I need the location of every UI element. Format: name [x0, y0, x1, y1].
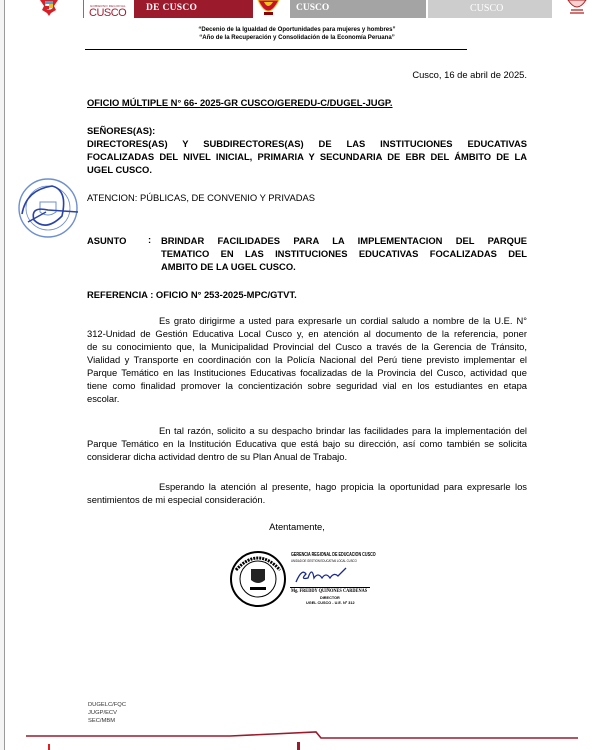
- paragraph-line: Vialidad y Transporte en coordinación co…: [87, 353, 527, 366]
- paragraph-line: En tal razón, solicito a su despacho bri…: [87, 424, 527, 437]
- footer-middle-marker: [297, 742, 300, 750]
- header-separator: [83, 0, 84, 18]
- gobierno-regional-logo: GOBIERNO REGIONAL CUSCO: [89, 0, 123, 20]
- header-gray-box-2-label: CUSCO: [470, 3, 503, 14]
- recipient-description: DIRECTORES(AS) Y SUBDIRECTORES(AS) DE LA…: [87, 137, 527, 176]
- subject-line: BRINDAR FACILIDADES PARA LA IMPLEMENTACI…: [161, 234, 527, 247]
- oficio-number: OFICIO MÚLTIPLE N° 66- 2025-GR CUSCO/GER…: [87, 96, 393, 109]
- signature-name: Mg. FREDDY QUIÑONES CARDENAS: [291, 588, 367, 594]
- header-gray-box-1-label: CUSCO: [296, 3, 329, 13]
- initials-2: JUGP/ECV: [88, 710, 117, 717]
- subject-line: AMBITO DE LA UGEL CUSCO.: [161, 260, 527, 273]
- recipient-line: DIRECTORES(AS) Y SUBDIRECTORES(AS) DE LA…: [87, 137, 527, 150]
- paragraph-line: escolar.: [87, 392, 527, 405]
- paragraph-line: Parque Temático en la Institución Educat…: [87, 437, 527, 450]
- paragraph-line: Es grato dirigirme a usted para expresar…: [87, 314, 527, 327]
- body-paragraph-1: Es grato dirigirme a usted para expresar…: [87, 314, 527, 405]
- initials-1: DUGELC/FQC: [88, 702, 126, 709]
- subject-text: BRINDAR FACILIDADES PARA LA IMPLEMENTACI…: [161, 234, 527, 273]
- reference-line: REFERENCIA : OFICIO N° 253-2025-MPC/GTVT…: [87, 288, 297, 301]
- signature-title: DIRECTOR: [320, 596, 340, 600]
- motto-decenio: “Decenio de la Igualdad de Oportunidades…: [24, 26, 570, 33]
- subject-label: ASUNTO: [87, 234, 126, 247]
- signature-block: GERENCIA REGIONAL DE EDUCACION CUSCO UNI…: [228, 550, 378, 608]
- logo-big-text: CUSCO: [89, 7, 126, 19]
- director-seal-icon: [228, 550, 288, 608]
- header-gray-box-2: CUSCO: [428, 0, 552, 18]
- ugel-emblem-icon: [566, 0, 588, 16]
- paragraph-line: Parque Temático en las Instituciones Edu…: [87, 366, 527, 379]
- recipient-line: FOCALIZADAS DEL NIVEL INICIAL, PRIMARIA …: [87, 150, 527, 163]
- recipient-heading: SEÑORES(AS):: [87, 124, 155, 137]
- closing: Atentamente,: [0, 520, 594, 533]
- geredu-emblem-icon: [255, 0, 282, 17]
- paragraph-line: 312-Unidad de Gestión Educativa Local Cu…: [87, 327, 527, 340]
- subject-colon: :: [148, 234, 151, 245]
- body-paragraph-3: Esperando la atención al presente, hago …: [87, 480, 527, 506]
- signature-unit: UNIDAD DE GESTION EDUCATIVA LOCAL CUSCO: [291, 559, 357, 563]
- paragraph-line: tiene como finalidad promover la concien…: [87, 379, 527, 392]
- body-paragraph-2: En tal razón, solicito a su despacho bri…: [87, 424, 527, 463]
- regional-seal-stamp-icon: [16, 176, 80, 240]
- paragraph-line: Esperando la atención al presente, hago …: [87, 480, 527, 493]
- signature-office: GERENCIA REGIONAL DE EDUCACION CUSCO: [291, 552, 376, 558]
- paragraph-line: sentimientos de mi especial consideració…: [87, 493, 527, 506]
- motto-ano: “Año de la Recuperación y Consolidación …: [24, 34, 570, 41]
- header-gray-box-1: CUSCO: [290, 0, 426, 18]
- header-divider: [85, 49, 467, 50]
- letter-date: Cusco, 16 de abril de 2025.: [412, 68, 527, 81]
- signature-entity: UGEL CUSCO - U.E. Nº 312: [306, 601, 355, 605]
- handwritten-signature-icon: [294, 564, 348, 586]
- viewer-left-edge: [0, 0, 5, 750]
- footer-divider: [0, 728, 594, 740]
- subject-line: TEMATICO EN LAS INSTITUCIONES EDUCATIVAS…: [161, 247, 527, 260]
- recipient-line: UGEL CUSCO.: [87, 163, 527, 176]
- initials-3: SEC/MBM: [88, 718, 115, 725]
- footer-left-marker: [48, 744, 50, 750]
- paragraph-line: de su conocimiento que, la Municipalidad…: [87, 340, 527, 353]
- header-red-box: DE CUSCO: [134, 0, 253, 18]
- letterhead: GOBIERNO REGIONAL CUSCO DE CUSCO CUSCO C…: [0, 0, 594, 20]
- header-red-box-label: DE CUSCO: [146, 3, 197, 13]
- paragraph-line: considerar dicha actividad dentro de su …: [87, 450, 527, 463]
- attention-line: ATENCION: PÚBLICAS, DE CONVENIO Y PRIVAD…: [87, 191, 315, 204]
- peru-coat-of-arms-icon: [38, 0, 60, 16]
